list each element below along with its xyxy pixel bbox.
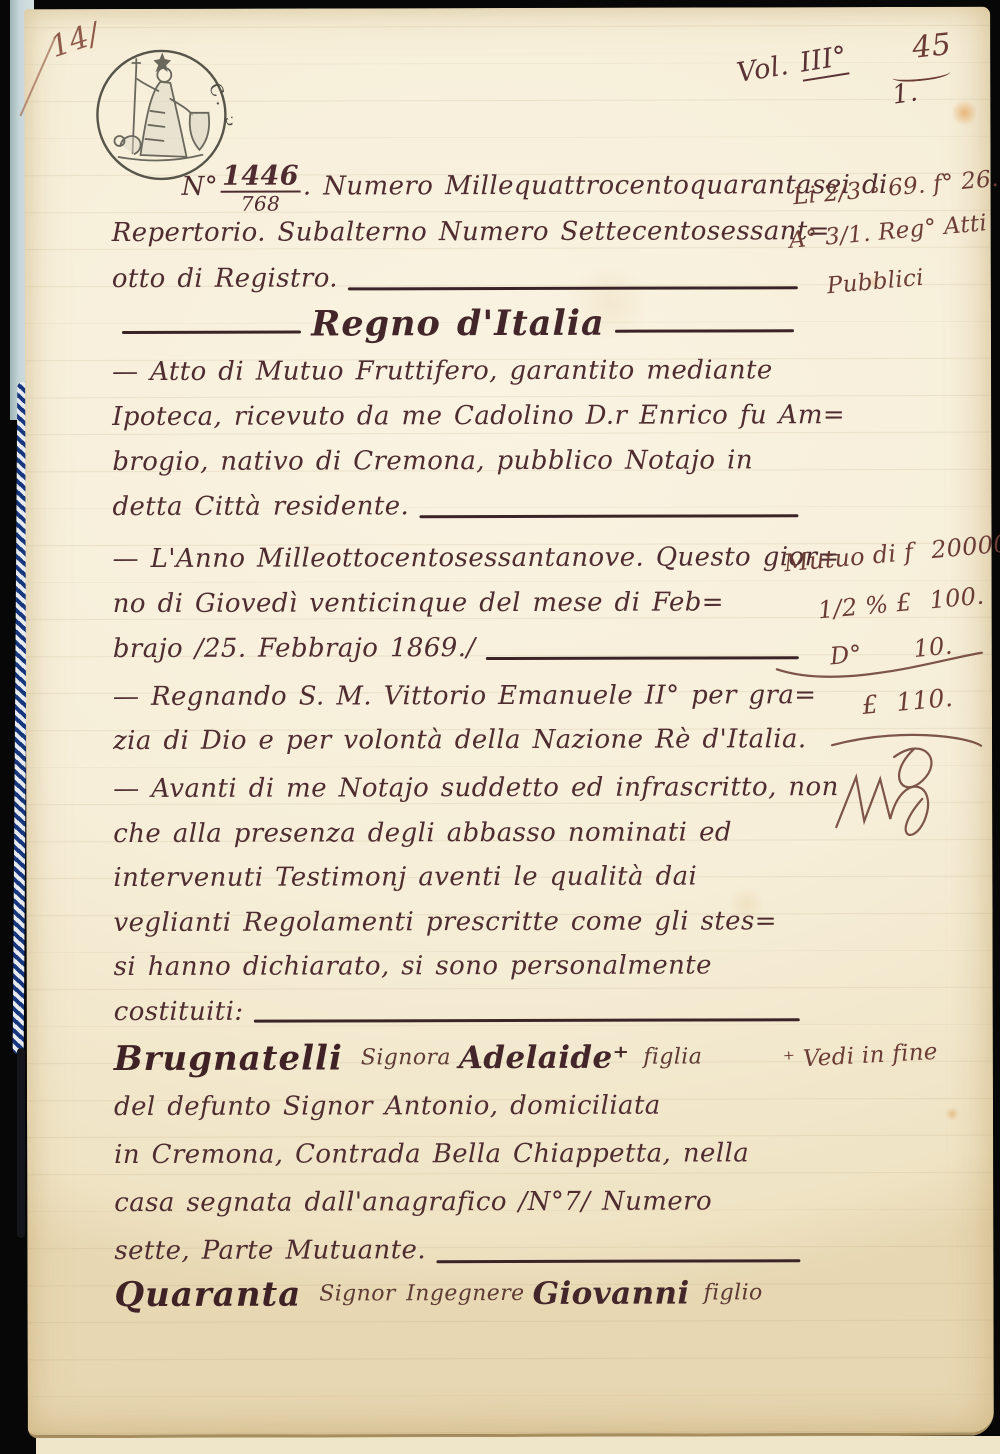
text-line: del defunto Signor Antonio, domiciliata	[114, 1081, 806, 1131]
text-line: brogio, nativo di Cremona, pubblico Nota…	[112, 438, 804, 485]
text-line-content: che alla presenza degli abbasso nominati…	[113, 810, 732, 856]
manuscript-page: 14/ C. 50 Vol. III°	[24, 7, 994, 1439]
repertorio-prefix: N°	[182, 164, 219, 210]
text-line: veglianti Regolamenti prescritte come gl…	[113, 899, 805, 945]
paragraph-atto: — Atto di Mutuo Fruttifero, garantito me…	[112, 348, 804, 530]
account-value: 100.	[928, 582, 985, 615]
party-surname: Brugnatelli	[114, 1034, 343, 1083]
account-value: 20000.	[930, 529, 1000, 565]
filler-rule	[254, 1018, 800, 1022]
text-line-content: — Regnando S. M. Vittorio Emanuele II° p…	[113, 673, 817, 719]
paragraph-regnando: — Regnando S. M. Vittorio Emanuele II° p…	[113, 673, 805, 763]
text-line: casa segnata dall'anagrafico /N°7/ Numer…	[114, 1177, 806, 1227]
text-line: — Regnando S. M. Vittorio Emanuele II° p…	[113, 673, 805, 719]
text-line-content: intervenuti Testimonj aventi le qualità …	[113, 855, 697, 901]
text-line: sette, Parte Mutuante.	[114, 1225, 806, 1275]
text-line: si hanno dichiarato, si sono personalmen…	[114, 943, 806, 989]
text-line-content: casa segnata dall'anagrafico /N°7/ Numer…	[114, 1177, 712, 1227]
text-line-content: — Avanti di me Notajo suddetto ed infras…	[113, 765, 839, 811]
margin-account-principal: Mutuo di f20000.	[783, 529, 1000, 578]
text-line: brajo /25. Febbrajo 1869./	[113, 625, 805, 672]
paragraph-brugnatelli: Brugnatelli Signora Adelaide⁺ figlia del…	[114, 1033, 807, 1275]
text-line-content: sette, Parte Mutuante.	[114, 1226, 426, 1275]
account-label: 1/2 % £	[817, 588, 913, 624]
paragraph-quaranta: Quaranta Signor Ingegnere Giovanni figli…	[114, 1269, 806, 1319]
text-line: che alla presenza degli abbasso nominati…	[113, 810, 805, 856]
text-line: no di Giovedì venticinque del mese di Fe…	[113, 580, 805, 627]
filler-rule	[348, 286, 798, 290]
repertorio-line-2: Repertorio. Subalterno Numero Settecento…	[112, 208, 804, 256]
right-margin: Li 2/3 ∘ 69. f° 26. A° 3/1. Reg° Atti Pu…	[764, 7, 992, 1434]
text-line-content: — Atto di Mutuo Fruttifero, garantito me…	[112, 348, 773, 395]
repertorio-line-1: N°1446768. Numero Millequattrocentoquara…	[112, 157, 804, 210]
binding-cord-shadow	[17, 1048, 25, 1238]
text-line-content: del defunto Signor Antonio, domiciliata	[114, 1082, 661, 1131]
stamp-shield	[190, 113, 210, 150]
party-given-name: Giovanni	[532, 1270, 689, 1318]
margin-registration-ref-2: Pubblici	[826, 265, 925, 300]
fraction-denominator: 768	[220, 193, 301, 214]
paragraph-avanti: — Avanti di me Notajo suddetto ed infras…	[113, 765, 806, 1034]
text-line-content: Ipoteca, ricevuto da me Cadolino D.r Enr…	[112, 393, 845, 440]
text-line: costituiti:	[114, 988, 806, 1034]
text-line-content: brogio, nativo di Cremona, pubblico Nota…	[112, 438, 753, 485]
text-line-content: detta Città residente.	[112, 484, 409, 530]
text-line-content: costituiti:	[114, 989, 244, 1034]
paragraph-anno: — L'Anno Milleottocentosessantanove. Que…	[113, 535, 805, 672]
text-line: — L'Anno Milleottocentosessantanove. Que…	[113, 535, 805, 582]
repertorio-line-2-text: Repertorio. Subalterno Numero Settecento…	[112, 208, 830, 256]
repertorio-fraction: 1446768	[220, 163, 301, 214]
margin-registration-date: Li 2/3 ∘ 69. f° 26.	[792, 166, 1000, 210]
repertorio-line-3-text: otto di Registro.	[112, 255, 338, 302]
margin-registration-ref: A° 3/1. Reg° Atti	[788, 210, 988, 254]
act-title-line: Regno d'Italia	[112, 295, 804, 351]
party-honorific: Signora	[361, 1034, 451, 1082]
text-line-content: brajo /25. Febbrajo 1869./	[113, 626, 476, 672]
filler-rule	[486, 656, 799, 660]
margin-note-vedi-in-fine: ⁺ Vedi in fine	[782, 1039, 938, 1073]
margin-account-fee: 1/2 % £100.	[817, 582, 986, 625]
text-line-content: si hanno dichiarato, si sono personalmen…	[114, 943, 712, 989]
text-line-content: — L'Anno Milleottocentosessantanove. Que…	[113, 535, 840, 582]
text-line-content: in Cremona, Contrada Bella Chiappetta, n…	[114, 1129, 749, 1179]
text-line: — Avanti di me Notajo suddetto ed infras…	[113, 765, 805, 811]
text-line-content: veglianti Regolamenti prescritte come gl…	[113, 899, 776, 945]
pen-stroke	[20, 37, 57, 116]
text-line: zia di Dio e per volontà della Nazione R…	[113, 717, 805, 763]
repertorio-block: N°1446768. Numero Millequattrocentoquara…	[112, 157, 804, 302]
filler-rule	[419, 514, 798, 518]
notary-flourish-icon	[772, 649, 988, 875]
filler-rule	[436, 1259, 800, 1263]
text-line-content: no di Giovedì venticinque del mese di Fe…	[113, 580, 724, 627]
title-rule-left	[122, 330, 301, 333]
party-surname: Quaranta	[114, 1271, 301, 1319]
party-given-name: Adelaide⁺	[459, 1034, 630, 1082]
underlying-sheet-edge	[36, 1436, 1000, 1454]
fraction-numerator: 1446	[220, 163, 301, 193]
act-title: Regno d'Italia	[311, 302, 605, 344]
party-name-line: Brugnatelli Signora Adelaide⁺ figlia	[114, 1033, 806, 1083]
account-label: Mutuo di f	[783, 538, 915, 578]
text-line: in Cremona, Contrada Bella Chiappetta, n…	[114, 1129, 806, 1179]
party-relation: figlio	[704, 1269, 763, 1317]
party-relation: figlia	[643, 1033, 702, 1081]
text-line: Ipoteca, ricevuto da me Cadolino D.r Enr…	[112, 393, 804, 440]
text-line: detta Città residente.	[112, 483, 804, 530]
text-line-content: zia di Dio e per volontà della Nazione R…	[113, 717, 807, 763]
party-name-line: Quaranta Signor Ingegnere Giovanni figli…	[114, 1269, 806, 1319]
party-honorific: Signor Ingegnere	[319, 1270, 524, 1319]
text-line: — Atto di Mutuo Fruttifero, garantito me…	[112, 348, 804, 395]
scan-background: { "page": { "corner_mark": "14/", "volum…	[0, 0, 1000, 1454]
text-line: intervenuti Testimonj aventi le qualità …	[113, 854, 805, 900]
